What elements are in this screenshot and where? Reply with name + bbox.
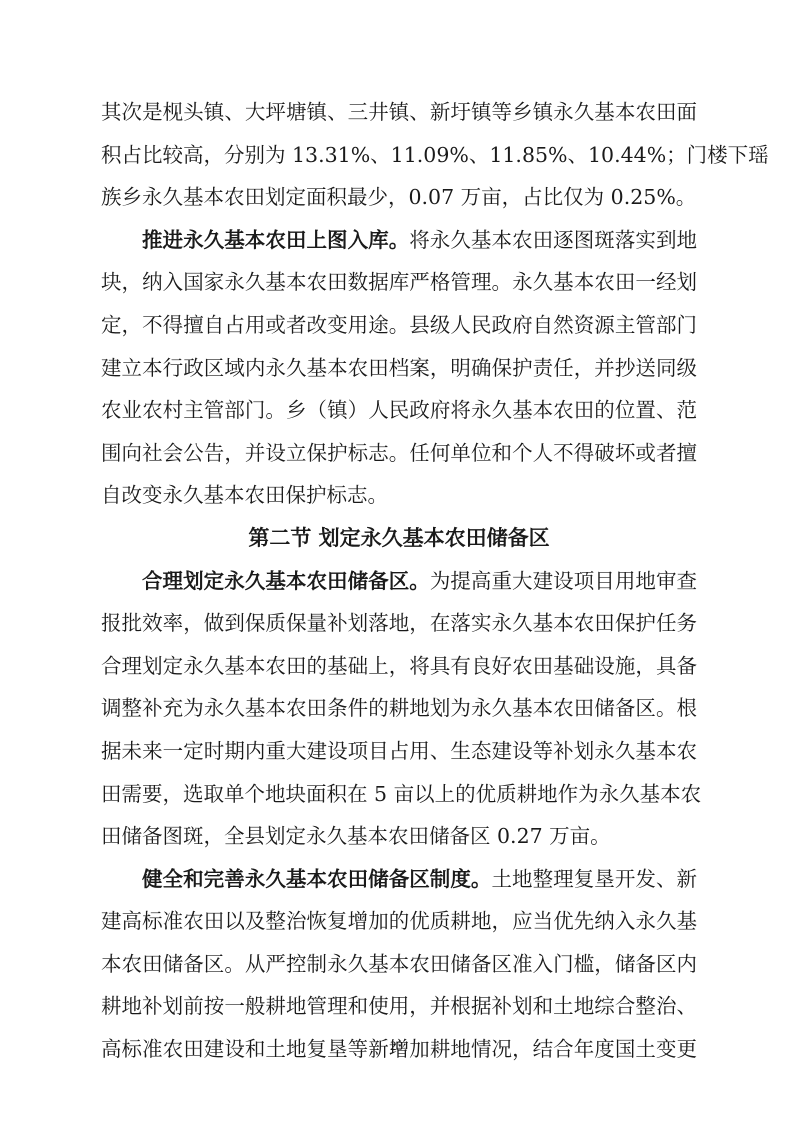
paragraph-mapping-database: 推进永久基本农田上图入库。将永久基本农田逐图斑落实到地 块，纳入国家永久基本农田… <box>101 219 697 517</box>
text-line: 块，纳入国家永久基本农田数据库严格管理。永久基本农田一经划 <box>101 261 697 304</box>
paragraph-text: 将永久基本农田逐图斑落实到地 <box>409 228 697 252</box>
text-line: 围向社会公告，并设立保护标志。任何单位和个人不得破坏或者擅 <box>101 432 697 475</box>
paragraph-text: 土地整理复垦开发、新 <box>491 867 697 891</box>
text-line: 自改变永久基本农田保护标志。 <box>101 474 697 517</box>
text-line: 调整补充为永久基本农田条件的耕地划为永久基本农田储备区。根 <box>101 687 697 730</box>
text-line: 建高标准农田以及整治恢复增加的优质耕地，应当优先纳入永久基 <box>101 900 697 943</box>
text-line: 田需要，选取单个地块面积在 5 亩以上的优质耕地作为永久基本农 <box>101 773 697 816</box>
text-line: 田储备图斑，全县划定永久基本农田储备区 0.27 万亩。 <box>101 815 697 858</box>
document-page: 其次是枧头镇、大坪塘镇、三井镇、新圩镇等乡镇永久基本农田面 积占比较高，分别为 … <box>101 91 697 1071</box>
text-line: 合理划定永久基本农田的基础上，将具有良好农田基础设施，具备 <box>101 645 697 688</box>
text-line-first: 推进永久基本农田上图入库。将永久基本农田逐图斑落实到地 <box>101 219 697 262</box>
text-line: 据未来一定时期内重大建设项目占用、生态建设等补划永久基本农 <box>101 730 697 773</box>
text-line: 本农田储备区。从严控制永久基本农田储备区准入门槛，储备区内 <box>101 943 697 986</box>
text-line-first: 健全和完善永久基本农田储备区制度。土地整理复垦开发、新 <box>101 858 697 901</box>
text-line: 积占比较高，分别为 13.31%、11.09%、11.85%、10.44%；门楼… <box>101 134 697 177</box>
paragraph-lead-heading: 合理划定永久基本农田储备区。 <box>142 569 430 593</box>
text-line: 其次是枧头镇、大坪塘镇、三井镇、新圩镇等乡镇永久基本农田面 <box>101 91 697 134</box>
text-line: 族乡永久基本农田划定面积最少，0.07 万亩，占比仅为 0.25%。 <box>101 176 697 219</box>
text-line: 报批效率，做到保质保量补划落地，在落实永久基本农田保护任务 <box>101 602 697 645</box>
text-line: 建立本行政区域内永久基本农田档案，明确保护责任，并抄送同级 <box>101 347 697 390</box>
text-line: 定，不得擅自占用或者改变用途。县级人民政府自然资源主管部门 <box>101 304 697 347</box>
text-line-first: 合理划定永久基本农田储备区。为提高重大建设项目用地审查 <box>101 560 697 603</box>
paragraph-lead-heading: 推进永久基本农田上图入库。 <box>142 228 409 252</box>
paragraph-text: 为提高重大建设项目用地审查 <box>430 569 697 593</box>
paragraph-lead-heading: 健全和完善永久基本农田储备区制度。 <box>142 867 491 891</box>
page-number: 23 <box>0 1038 793 1054</box>
paragraph-township-ratios: 其次是枧头镇、大坪塘镇、三井镇、新圩镇等乡镇永久基本农田面 积占比较高，分别为 … <box>101 91 697 219</box>
section-heading: 第二节 划定永久基本农田储备区 <box>101 517 697 560</box>
paragraph-reserve-zone: 合理划定永久基本农田储备区。为提高重大建设项目用地审查 报批效率，做到保质保量补… <box>101 560 697 858</box>
text-line: 农业农村主管部门。乡（镇）人民政府将永久基本农田的位置、范 <box>101 389 697 432</box>
text-line: 耕地补划前按一般耕地管理和使用，并根据补划和土地综合整治、 <box>101 985 697 1028</box>
